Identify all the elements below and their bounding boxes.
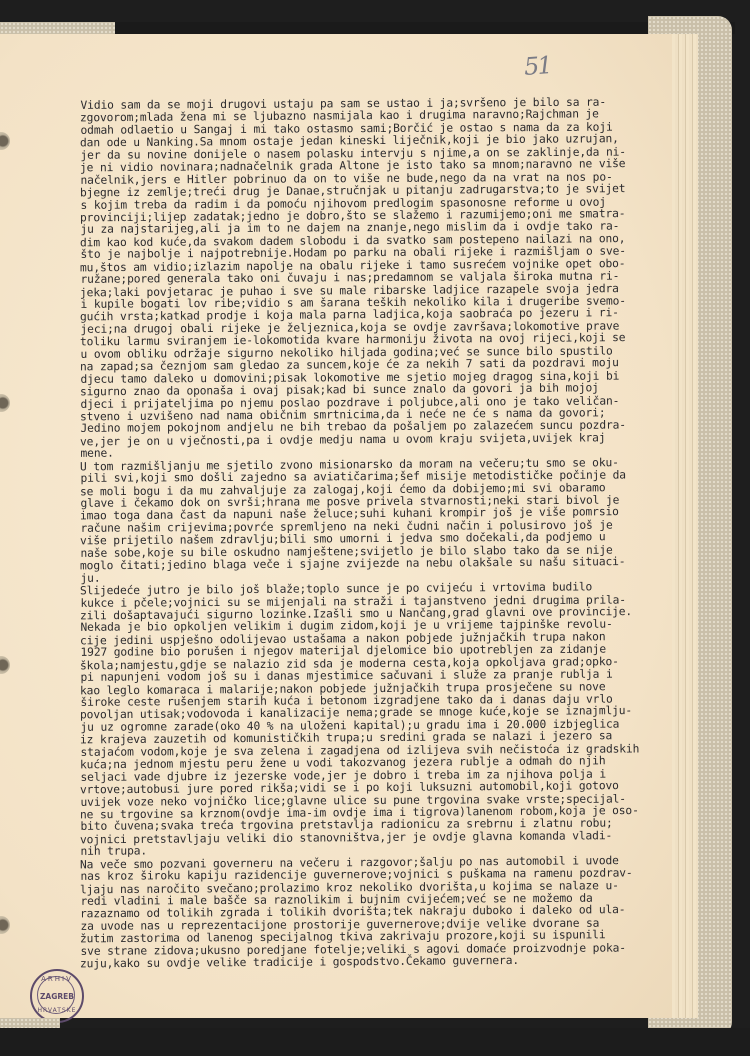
punch-hole [0, 656, 10, 674]
document-page: 51 Vidio sam da se moji drugovi ustaju p… [0, 34, 672, 1018]
binder-cloth-top [0, 22, 115, 34]
text-line: zuju,kako su ovdje velike tradicije i go… [80, 954, 680, 971]
stamp-top-text: ARHIV [32, 975, 82, 983]
punch-hole [0, 394, 10, 412]
punch-hole [0, 916, 10, 934]
punch-hole [0, 132, 10, 150]
handwritten-page-number: 51 [523, 51, 551, 81]
archive-stamp: ARHIV ZAGREB HRVATSKE [30, 969, 84, 1023]
stamp-bottom-text: HRVATSKE [32, 1007, 82, 1014]
stamp-city-text: ZAGREB [32, 992, 82, 1001]
binder-cloth-bottom [0, 1018, 60, 1028]
binder-bottom-edge [0, 1028, 750, 1056]
typewritten-body: Vidio sam da se moji drugovi ustaju pa s… [80, 98, 680, 969]
